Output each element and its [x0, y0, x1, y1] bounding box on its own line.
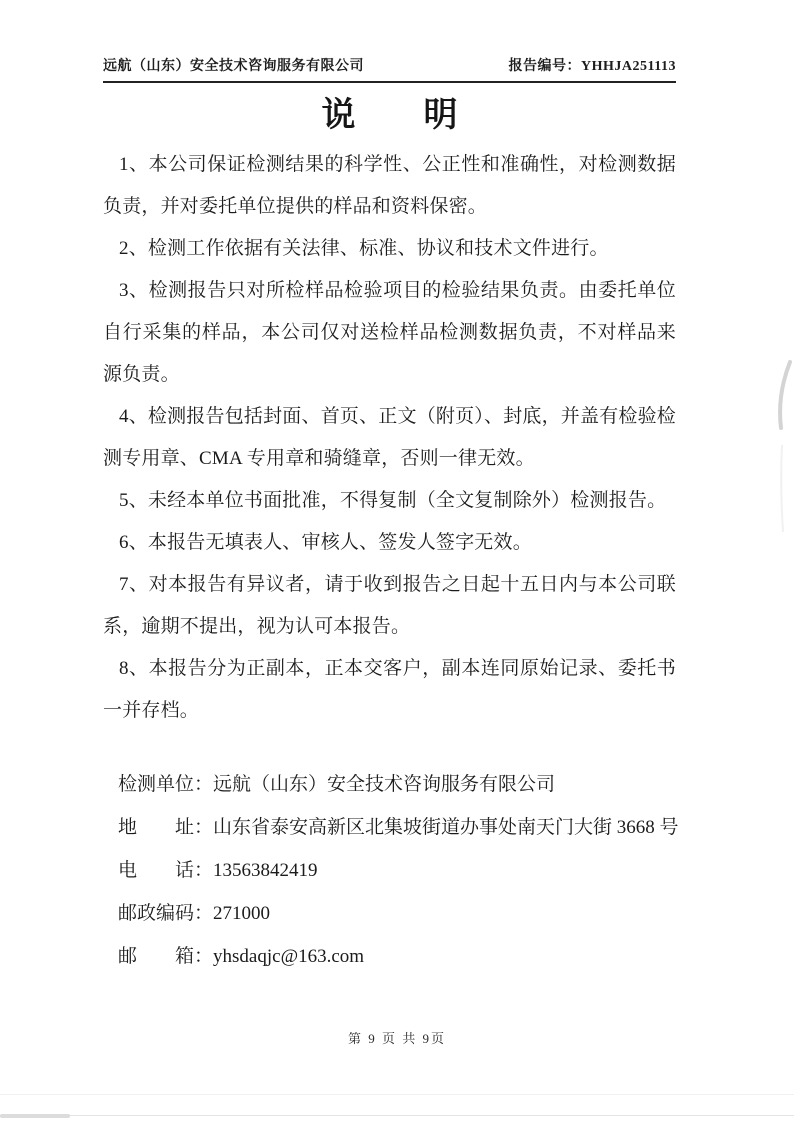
note-item-6: 6、本报告无填表人、审核人、签发人签字无效。: [103, 522, 676, 564]
contact-value-phone: 13563842419: [213, 860, 318, 881]
contact-label-phone: 电 话: [118, 860, 194, 881]
note-item-2: 2、检测工作依据有关法律、标准、协议和技术文件进行。: [103, 228, 676, 270]
page-header: 远航（山东）安全技术咨询服务有限公司 报告编号：YHHJA251113: [103, 57, 676, 83]
note-item-3: 3、检测报告只对所检样品检验项目的检验结果负责。由委托单位自行采集的样品，本公司…: [103, 270, 676, 396]
contact-colon: ：: [194, 860, 213, 881]
note-item-5: 5、未经本单位书面批准，不得复制（全文复制除外）检测报告。: [103, 480, 676, 522]
page-content: 远航（山东）安全技术咨询服务有限公司 报告编号：YHHJA251113 说 明 …: [103, 0, 676, 978]
contact-label-address: 地 址: [118, 817, 194, 838]
contact-value-postcode: 271000: [213, 903, 270, 924]
page-number: 第 9 页 共 9页: [0, 1028, 794, 1047]
note-item-7: 7、对本报告有异议者，请于收到报告之日起十五日内与本公司联系，逾期不提出，视为认…: [103, 564, 676, 648]
contact-value-address: 山东省泰安高新区北集坡街道办事处南天门大街 3668 号: [213, 817, 679, 838]
note-item-4: 4、检测报告包括封面、首页、正文（附页）、封底，并盖有检验检测专用章、CMA 专…: [103, 396, 676, 480]
page-title: 说 明: [103, 95, 676, 137]
contact-row-phone: 电 话：13563842419: [118, 849, 676, 892]
report-notes-page: 远航（山东）安全技术咨询服务有限公司 报告编号：YHHJA251113 说 明 …: [0, 0, 794, 1122]
report-number-label: 报告编号：: [509, 59, 582, 74]
notes-list: 1、本公司保证检测结果的科学性、公正性和准确性，对检测数据负责，并对委托单位提供…: [103, 144, 676, 732]
report-number: 报告编号：YHHJA251113: [509, 57, 676, 77]
contact-row-email: 邮 箱：yhsdaqjc@163.com: [118, 935, 676, 978]
contact-colon: ：: [194, 774, 213, 795]
contact-colon: ：: [194, 903, 213, 924]
note-item-8: 8、本报告分为正副本，正本交客户，副本连同原始记录、委托书一并存档。: [103, 648, 676, 732]
contact-value-email: yhsdaqjc@163.com: [213, 946, 364, 967]
contact-block: 检测单位：远航（山东）安全技术咨询服务有限公司 地 址：山东省泰安高新区北集坡街…: [103, 763, 676, 978]
contact-value-unit: 远航（山东）安全技术咨询服务有限公司: [213, 774, 555, 795]
scan-line-artifact: [0, 1094, 794, 1095]
scan-edge-artifact: [0, 1115, 794, 1116]
contact-row-address: 地 址：山东省泰安高新区北集坡街道办事处南天门大街 3668 号: [118, 806, 676, 849]
scan-smudge-artifact: [0, 1114, 70, 1118]
contact-label-email: 邮 箱: [118, 946, 194, 967]
contact-row-unit: 检测单位：远航（山东）安全技术咨询服务有限公司: [118, 763, 676, 806]
contact-colon: ：: [194, 817, 213, 838]
report-number-value: YHHJA251113: [581, 59, 676, 74]
contact-colon: ：: [194, 946, 213, 967]
scan-crease-artifact: [764, 350, 794, 540]
note-item-1: 1、本公司保证检测结果的科学性、公正性和准确性，对检测数据负责，并对委托单位提供…: [103, 144, 676, 228]
contact-label-postcode: 邮政编码: [118, 903, 194, 924]
contact-row-postcode: 邮政编码：271000: [118, 892, 676, 935]
company-name: 远航（山东）安全技术咨询服务有限公司: [103, 57, 364, 77]
contact-label-unit: 检测单位: [118, 774, 194, 795]
